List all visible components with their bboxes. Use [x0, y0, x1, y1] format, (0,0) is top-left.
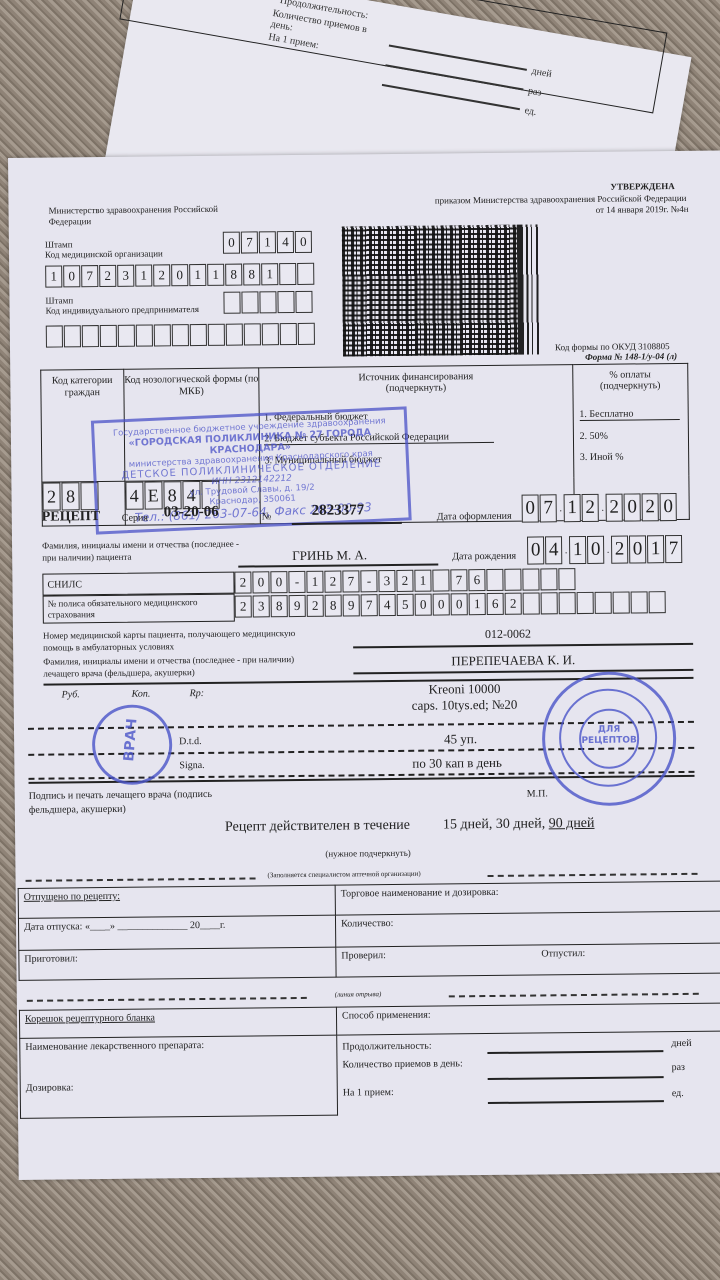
validity-options: 15 дней, 30 дней, 90 дней [443, 816, 595, 834]
date-digit: 4 [545, 536, 562, 564]
duration-unit: дней [671, 1038, 691, 1049]
snils-cell [486, 569, 503, 591]
code-cell [82, 325, 99, 347]
approved-date: от 14 января 2019г. №4н [479, 204, 689, 216]
snils-cell: 2 [234, 571, 251, 593]
quantity-cell: Количество: [335, 911, 720, 947]
code-cell [223, 292, 240, 314]
validity-option: 15 дней, [443, 817, 496, 833]
policy-cell [559, 592, 576, 614]
payment-options: 1. Бесплатно2. 50%3. Иной % [579, 408, 680, 473]
nosology-label: Код нозологической формы (по МКБ) [124, 368, 259, 398]
code-cell: 1 [135, 264, 152, 286]
code-cell [277, 291, 294, 313]
policy-value: 2389289745000162 [235, 591, 667, 618]
trade-name-cell: Торговое наименование и дозировка: [335, 881, 720, 915]
background-sheet-box [119, 0, 667, 113]
code-cell: 7 [81, 265, 98, 287]
policy-cell: 1 [469, 593, 486, 615]
doctor-stamp: ВРАЧ [83, 695, 182, 794]
per-dose-label: На 1 прием: [343, 1087, 394, 1099]
quantity-label: Количество: [341, 918, 393, 930]
usage-label: Способ применения: [342, 1010, 431, 1022]
code-cell [154, 324, 171, 346]
ip-stamp-label: Штамп [45, 295, 73, 305]
payment-label: % оплаты [573, 364, 688, 381]
dispensed-label: Отпущено по рецепту: [24, 891, 120, 903]
policy-cell: 2 [235, 595, 252, 617]
date-digit: 2 [642, 493, 659, 521]
card-label: Номер медицинской карты пациента, получа… [43, 627, 323, 654]
policy-cell: 8 [271, 595, 288, 617]
code-cell [46, 325, 63, 347]
payment-hint: (подчеркнуть) [573, 380, 687, 392]
checked-label: Проверил: [341, 950, 386, 961]
code-cell [259, 291, 276, 313]
snils-cell: 0 [252, 571, 269, 593]
mp-label: М.П. [527, 788, 548, 799]
dtd-value: 45 уп. [444, 731, 477, 747]
med-org-code-long: 1072312011881 [45, 263, 315, 288]
date-digit: 0 [587, 536, 604, 564]
rub-label: Руб. [62, 689, 80, 700]
policy-cell: 6 [487, 593, 504, 615]
times-unit: раз [672, 1062, 686, 1073]
code-cell [118, 325, 135, 347]
issue-date: 07.12.2020 [522, 493, 678, 525]
patient-name: ГРИНЬ М. А. [292, 547, 367, 564]
code-cell: 1 [189, 264, 206, 286]
date-digit: 2 [606, 494, 623, 522]
drug-name-label: Наименование лекарственного препарата: [25, 1039, 331, 1053]
date-digit: 2 [582, 494, 599, 522]
policy-label-box: № полиса обязательного медицинского стра… [43, 594, 235, 624]
issue-date-label: Дата оформления [437, 511, 512, 523]
usage-cell: Способ применения: [336, 1003, 720, 1035]
drug-name-cell: Наименование лекарственного препарата: Д… [20, 1035, 338, 1118]
date-digit: 0 [522, 494, 539, 522]
doctor-label: Фамилия, инициалы имени и отчества (посл… [43, 653, 323, 680]
date-digit: 0 [527, 536, 544, 564]
snils-cell: 3 [378, 570, 395, 592]
option-item: 2. 50% [580, 430, 680, 442]
snils-cell: 2 [324, 571, 341, 593]
snils-label-box: СНИЛС [42, 572, 234, 596]
per-dose-unit: ед. [672, 1088, 684, 1099]
snils-cell [522, 568, 539, 590]
code-cell: 1 [207, 264, 224, 286]
code-cell: 0 [223, 232, 240, 254]
pharmacy-note: (Заполняется специалистом аптечной орган… [267, 870, 420, 880]
signa-label: Signa. [179, 760, 204, 771]
checked-cell: Проверил:Отпустил: [336, 943, 720, 977]
code-cell: 3 [117, 265, 134, 287]
policy-cell: 9 [343, 594, 360, 616]
prescription-stamp-center: ДЛЯ РЕЦЕПТОВ [579, 724, 639, 747]
code-cell: 8 [225, 264, 242, 286]
date-digit: 0 [624, 493, 641, 521]
times-label: Количество приемов в день: [342, 1058, 472, 1071]
card-number: 012-0062 [485, 627, 531, 642]
code-cell [295, 291, 312, 313]
prepared-label: Приготовил: [24, 953, 77, 965]
policy-cell [595, 592, 612, 614]
form-number: Форма № 148-1/у-04 (л) [585, 351, 677, 362]
drug-line-2: caps. 10tys.ed; №20 [412, 697, 518, 714]
policy-cell [523, 592, 540, 614]
code-cell: 0 [63, 265, 80, 287]
policy-cell: 0 [451, 593, 468, 615]
ip-code-label: Код индивидуального предпринимателя [46, 304, 199, 316]
option-item: 1. Бесплатно [579, 408, 679, 421]
category-cell: 2 [42, 482, 60, 510]
policy-cell: 9 [289, 595, 306, 617]
option-item: 3. Иной % [580, 451, 680, 463]
snils-cell: 1 [414, 570, 431, 592]
validity-option: 30 дней, [496, 816, 549, 832]
funding-hint: (подчеркнуть) [260, 381, 572, 395]
bg-unit-times: раз [527, 85, 542, 98]
date-digit: 1 [564, 494, 581, 522]
bg-unit-per: ед. [524, 105, 538, 118]
policy-cell: 4 [379, 594, 396, 616]
prescription-form: Министерство здравоохранения Российской … [8, 151, 720, 1180]
med-org-code-label: Код медицинской организации [45, 248, 163, 259]
snils-cell [540, 568, 557, 590]
dispense-date-label: Дата отпуска: «____» ______________ 20__… [24, 920, 225, 933]
policy-cell: 2 [505, 593, 522, 615]
code-cell: 2 [153, 264, 170, 286]
code-cell: 1 [261, 263, 278, 285]
policy-cell [613, 592, 630, 614]
dispense-date-cell: Дата отпуска: «____» ______________ 20__… [18, 915, 335, 950]
dispensed-cell: Отпущено по рецепту: [18, 885, 335, 918]
prepared-cell: Приготовил: [19, 947, 336, 980]
drug-line-1: Kreoni 10000 [429, 681, 501, 698]
stub-details-cell: Продолжительность: Количество приемов в … [337, 1031, 720, 1115]
tear-line-label: (линия отрыва) [335, 990, 382, 998]
code-cell [100, 325, 117, 347]
series-value: 03-20-06 [164, 504, 219, 522]
policy-cell: 0 [415, 594, 432, 616]
datamatrix-barcode [342, 225, 518, 357]
snils-label: СНИЛС [43, 579, 82, 590]
pharmacy-table: Отпущено по рецепту: Торговое наименован… [18, 880, 720, 980]
code-cell [297, 263, 314, 285]
number-value: 2823377 [312, 502, 365, 520]
recipe-title: РЕЦЕПТ [42, 509, 101, 526]
code-cell: 8 [243, 263, 260, 285]
code-cell [190, 324, 207, 346]
code-cell [64, 325, 81, 347]
med-org-code-short: 07140 [223, 231, 313, 254]
date-digit: 1 [647, 535, 664, 563]
ip-code-short [223, 291, 313, 314]
rp-label: Rp: [190, 688, 205, 699]
code-cell: 0 [295, 231, 312, 253]
snils-cell: 7 [450, 569, 467, 591]
stub-table: Корешок рецептурного бланка Способ приме… [19, 1002, 720, 1118]
code-cell [241, 291, 258, 313]
policy-cell: 5 [397, 594, 414, 616]
policy-cell [541, 592, 558, 614]
date-digit: 1 [569, 536, 586, 564]
policy-cell: 8 [325, 595, 342, 617]
birth-date-label: Дата рождения [452, 551, 516, 563]
policy-cell: 3 [253, 595, 270, 617]
stub-title-cell: Корешок рецептурного бланка [19, 1007, 336, 1038]
trade-name-label: Торговое наименование и дозировка: [341, 887, 499, 900]
signa-value: по 30 кап в день [412, 755, 502, 772]
date-digit: 0 [629, 535, 646, 563]
code-cell [262, 323, 279, 345]
policy-cell: 2 [307, 595, 324, 617]
ministry-label: Министерство здравоохранения Российской … [49, 204, 219, 228]
stub-title: Корешок рецептурного бланка [25, 1013, 155, 1025]
policy-cell [631, 591, 648, 613]
snils-cell: 7 [342, 570, 359, 592]
snils-cell [504, 569, 521, 591]
birth-date: 04.10.2017 [527, 535, 683, 567]
snils-cell: 6 [468, 569, 485, 591]
code-cell [279, 263, 296, 285]
category-cell: 8 [61, 482, 79, 510]
code-cell: 7 [241, 231, 258, 253]
stamp-label: Штамп [45, 239, 73, 249]
validity-hint: (нужное подчеркнуть) [325, 848, 411, 859]
snils-cell [432, 569, 449, 591]
code-cell: 1 [259, 231, 276, 253]
code-cell [280, 323, 297, 345]
snils-cell: 1 [306, 571, 323, 593]
dtd-label: D.t.d. [179, 736, 202, 747]
code-cell [298, 323, 315, 345]
date-digit: 2 [611, 536, 628, 564]
validity-option: 90 дней [549, 816, 595, 831]
snils-cell: 0 [270, 571, 287, 593]
series-label: Серия [122, 513, 148, 524]
doctor-name: ПЕРЕПЕЧАЕВА К. И. [451, 652, 575, 669]
date-digit: 7 [665, 535, 682, 563]
code-cell: 2 [99, 265, 116, 287]
ip-code-long [46, 323, 316, 348]
code-cell [244, 323, 261, 345]
number-label: № [262, 511, 272, 522]
signature-label: Подпись и печать лечащего врача (подпись… [29, 788, 229, 818]
snils-cell [558, 568, 575, 590]
snils-cell: - [360, 570, 377, 592]
policy-cell: 7 [361, 594, 378, 616]
code-cell [208, 324, 225, 346]
prescription-stamp: ДЛЯ РЕЦЕПТОВ [541, 671, 676, 806]
doctor-stamp-text: ВРАЧ [120, 702, 142, 777]
released-label: Отпустил: [541, 948, 585, 959]
citizen-category-label: Код категории граждан [41, 370, 123, 400]
code-cell [172, 324, 189, 346]
patient-label: Фамилия, инициалы имени и отчества (посл… [42, 538, 242, 564]
snils-cell: 2 [396, 570, 413, 592]
code-cell: 4 [277, 231, 294, 253]
date-digit: 7 [540, 494, 557, 522]
snils-cell: - [288, 571, 305, 593]
approved-title: УТВЕРЖДЕНА [610, 181, 674, 192]
snils-value: 200-127-32176 [234, 568, 576, 594]
kop-label: Коп. [132, 689, 151, 700]
policy-cell [577, 592, 594, 614]
dosage-label: Дозировка: [26, 1082, 74, 1093]
duration-label: Продолжительность: [342, 1041, 431, 1053]
policy-label: № полиса обязательного медицинского стра… [44, 595, 234, 623]
code-cell [226, 324, 243, 346]
code-cell [136, 324, 153, 346]
code-cell: 0 [171, 264, 188, 286]
code-cell: 1 [45, 265, 62, 287]
policy-cell [649, 591, 666, 613]
validity-label: Рецепт действителен в течение [225, 818, 410, 836]
policy-cell: 0 [433, 593, 450, 615]
date-digit: 0 [660, 493, 677, 521]
